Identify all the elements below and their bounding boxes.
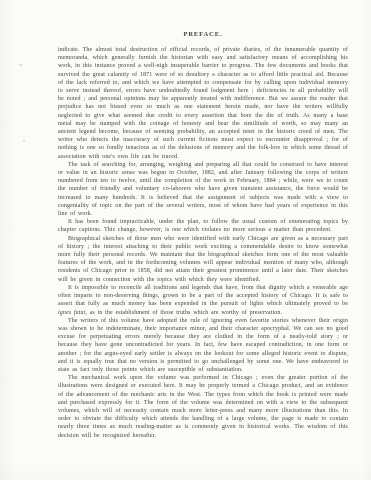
paragraph-1: indicate. The almost total destruction o… [58, 46, 348, 161]
latin-phrase: ignes fatui, [58, 310, 87, 316]
page-heading: PREFACE. [58, 31, 348, 38]
preface-text-block: indicate. The almost total destruction o… [58, 46, 348, 440]
scanned-book-page: PREFACE. indicate. The almost total dest… [0, 0, 371, 480]
paragraph-4: Biographical sketches of those men who w… [58, 235, 348, 284]
scan-artifact [23, 140, 25, 142]
paragraph-6: The writers of this volume have adopted … [58, 317, 348, 374]
scan-artifact [12, 228, 14, 229]
paragraph-5-text-after: as in the establishment of those truths … [87, 310, 282, 316]
paragraph-5: It is impossible to reconcile all tradit… [58, 284, 348, 317]
scan-artifact [19, 64, 22, 66]
paragraph-3: It has been found impracticable, under t… [58, 218, 348, 234]
paragraph-2: The task of searching for, arranging, we… [58, 161, 348, 218]
paragraph-5-text-before: It is impossible to reconcile all tradit… [58, 285, 348, 307]
paragraph-7: The mechanical work upon the volume was … [58, 374, 348, 440]
